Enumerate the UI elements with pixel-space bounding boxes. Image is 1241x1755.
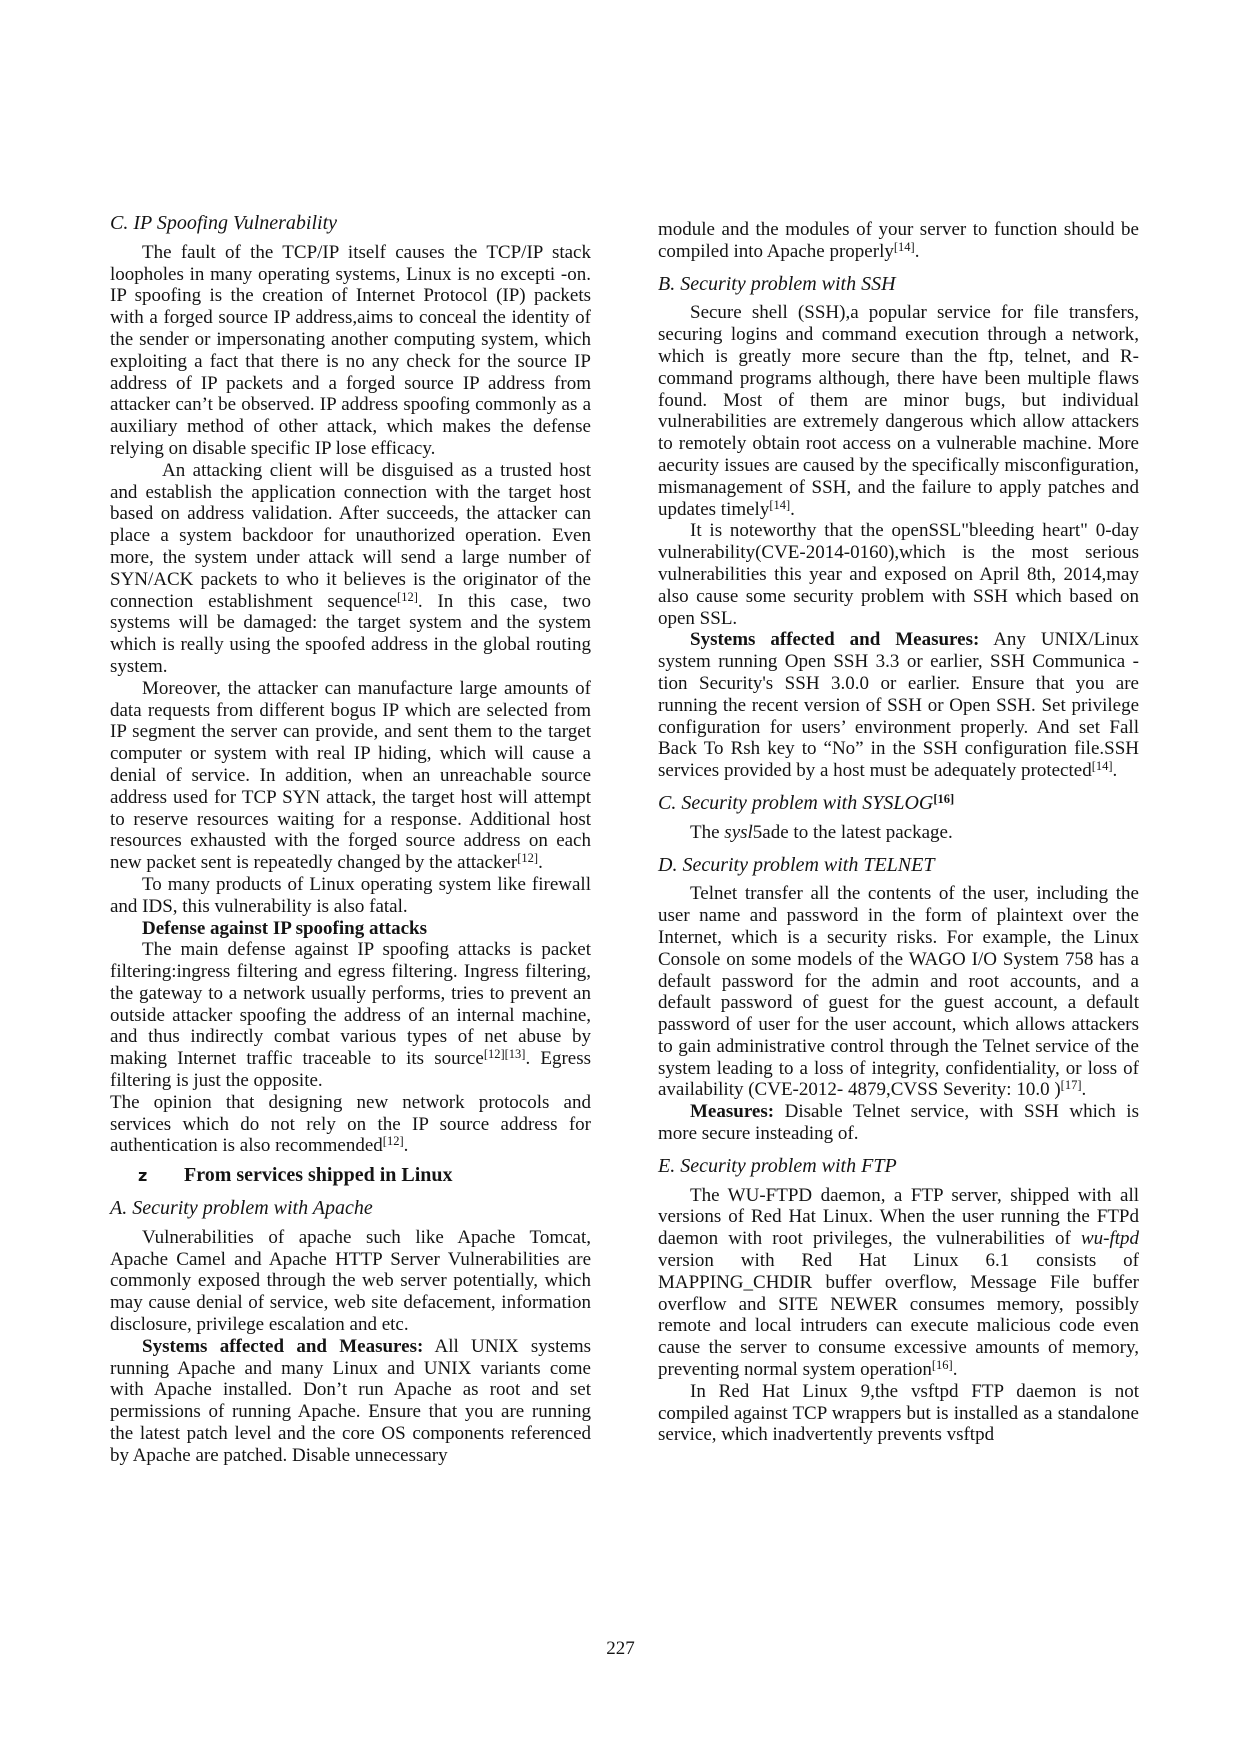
section-heading: B. Security problem with SSH xyxy=(658,274,1139,296)
text-run: In Red Hat Linux 9,the vsftpd FTP daemon… xyxy=(658,1381,1139,1446)
section-heading: C. Security problem with SYSLOG[16] xyxy=(658,793,1139,815)
text-run: 5ade to the latest package. xyxy=(753,822,953,843)
text-run: Telnet transfer all the contents of the … xyxy=(658,883,1139,1100)
text-run: To many products of Linux operating syst… xyxy=(110,874,591,917)
citation-superscript: [12][13] xyxy=(484,1047,526,1061)
citation-superscript: [14] xyxy=(1092,759,1113,773)
list-heading-label: From services shipped in Linux xyxy=(184,1164,453,1186)
text-run: wu-ftpd xyxy=(1081,1228,1139,1249)
text-run: Any UNIX/Linux system running Open SSH 3… xyxy=(658,629,1139,781)
list-bullet-icon: z xyxy=(138,1165,184,1187)
text-run: version with Red Hat Linux 6.1 consists … xyxy=(658,1250,1139,1380)
page-number: 227 xyxy=(0,1638,1241,1660)
text-run: Secure shell (SSH),a popular service for… xyxy=(658,302,1139,519)
paragraph: The main defense against IP spoofing att… xyxy=(110,939,591,1092)
citation-superscript: [14] xyxy=(894,240,915,254)
citation-superscript: [16] xyxy=(932,1358,953,1372)
text-run: Measures: xyxy=(690,1101,774,1122)
text-run: It is noteworthy that the openSSL"bleedi… xyxy=(658,520,1139,628)
text-run: . xyxy=(915,241,920,262)
text-run: B. Security problem with SSH xyxy=(658,273,896,295)
text-run: An attacking client will be disguised as… xyxy=(110,460,591,612)
text-run: . xyxy=(538,852,543,873)
text-run: sysl xyxy=(724,822,753,843)
text-run: E. Security problem with FTP xyxy=(658,1155,897,1177)
section-heading: D. Security problem with TELNET xyxy=(658,855,1139,877)
paragraph: Systems affected and Measures: All UNIX … xyxy=(110,1336,591,1467)
text-run: Defense against IP spoofing attacks xyxy=(142,918,427,939)
citation-superscript: [12] xyxy=(383,1134,404,1148)
text-run: The xyxy=(690,822,724,843)
paragraph: The fault of the TCP/IP itself causes th… xyxy=(110,242,591,460)
text-run: Systems affected and Measures: xyxy=(690,629,979,650)
citation-superscript: [12] xyxy=(517,851,538,865)
section-heading: C. IP Spoofing Vulnerability xyxy=(110,213,591,235)
text-run: C. Security problem with SYSLOG xyxy=(658,792,933,814)
citation-superscript: [17] xyxy=(1061,1078,1082,1092)
paragraph: The sysl5ade to the latest package. xyxy=(658,822,1139,844)
paragraph: It is noteworthy that the openSSL"bleedi… xyxy=(658,520,1139,629)
text-run: The opinion that designing new network p… xyxy=(110,1092,591,1157)
paragraph: module and the modules of your server to… xyxy=(658,219,1139,263)
text-run: The fault of the TCP/IP itself causes th… xyxy=(110,242,591,459)
paragraph: Systems affected and Measures: Any UNIX/… xyxy=(658,629,1139,782)
text-run: . xyxy=(1081,1079,1086,1100)
text-run: Moreover, the attacker can manufacture l… xyxy=(110,678,591,873)
text-run: . xyxy=(790,499,795,520)
text-run: Vulnerabilities of apache such like Apac… xyxy=(110,1227,591,1335)
paragraph: Defense against IP spoofing attacks xyxy=(110,918,591,940)
left-column: C. IP Spoofing VulnerabilityThe fault of… xyxy=(110,213,591,1467)
paper-page: C. IP Spoofing VulnerabilityThe fault of… xyxy=(0,0,1241,1755)
list-heading: zFrom services shipped in Linux xyxy=(110,1165,591,1187)
paragraph: Secure shell (SSH),a popular service for… xyxy=(658,302,1139,520)
paragraph: Telnet transfer all the contents of the … xyxy=(658,883,1139,1101)
paragraph: Vulnerabilities of apache such like Apac… xyxy=(110,1227,591,1336)
text-run: D. Security problem with TELNET xyxy=(658,854,934,876)
paragraph: In Red Hat Linux 9,the vsftpd FTP daemon… xyxy=(658,1381,1139,1446)
paragraph: The opinion that designing new network p… xyxy=(110,1092,591,1157)
text-run: Systems affected and Measures: xyxy=(142,1336,423,1357)
paragraph: An attacking client will be disguised as… xyxy=(110,460,591,678)
paragraph: Moreover, the attacker can manufacture l… xyxy=(110,678,591,874)
text-run: . xyxy=(953,1359,958,1380)
paragraph: Measures: Disable Telnet service, with S… xyxy=(658,1101,1139,1145)
citation-superscript: [16] xyxy=(933,792,954,806)
text-run: C. IP Spoofing Vulnerability xyxy=(110,212,337,234)
section-heading: A. Security problem with Apache xyxy=(110,1198,591,1220)
citation-superscript: [14] xyxy=(769,498,790,512)
paragraph: To many products of Linux operating syst… xyxy=(110,874,591,918)
text-run: . xyxy=(1113,760,1118,781)
right-column: module and the modules of your server to… xyxy=(658,219,1139,1446)
text-run: . xyxy=(404,1135,409,1156)
text-run: A. Security problem with Apache xyxy=(110,1197,373,1219)
text-run: The WU-FTPD daemon, a FTP server, shippe… xyxy=(658,1185,1139,1250)
citation-superscript: [12] xyxy=(397,590,418,604)
section-heading: E. Security problem with FTP xyxy=(658,1156,1139,1178)
paragraph: The WU-FTPD daemon, a FTP server, shippe… xyxy=(658,1185,1139,1381)
